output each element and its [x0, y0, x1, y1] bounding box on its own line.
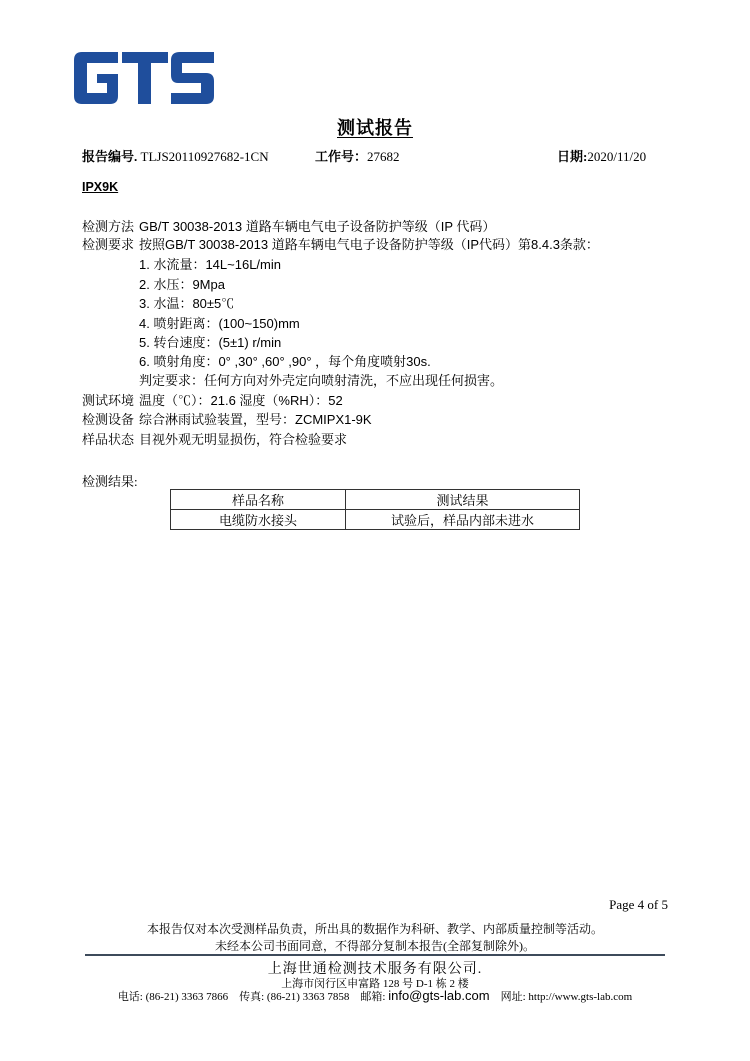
fax: 传真: (86-21) 3363 7858 — [239, 991, 349, 1003]
website-link[interactable]: 网址: http://www.gts-lab.com — [501, 991, 633, 1003]
gts-logo — [74, 52, 214, 104]
test-environment-row: 测试环境温度（℃）：21.6 湿度（%RH）：52 — [82, 392, 343, 410]
column-header-test-result: 测试结果 — [346, 490, 580, 510]
column-header-sample-name: 样品名称 — [171, 490, 346, 510]
page-number: Page 4 of 5 — [609, 897, 668, 913]
report-title: 测试报告 — [0, 114, 750, 140]
phone: 电话: (86-21) 3363 7866 — [118, 991, 228, 1003]
results-table: 样品名称 测试结果 电缆防水接头 试验后，样品内部未进水 — [170, 489, 580, 530]
requirement-item: 4. 喷射距离：(100~150)mm — [139, 315, 300, 333]
table-row: 电缆防水接头 试验后，样品内部未进水 — [171, 510, 580, 530]
email-label: 邮箱: — [360, 991, 385, 1003]
test-result-cell: 试验后，样品内部未进水 — [346, 510, 580, 530]
contact-info: 电话: (86-21) 3363 7866 传真: (86-21) 3363 7… — [0, 988, 750, 1004]
sample-state-row: 样品状态目视外观无明显损伤，符合检验要求 — [82, 431, 347, 449]
email-link[interactable]: info@gts-lab.com — [388, 988, 489, 1003]
report-date: 日期:2020/11/20 — [557, 146, 646, 165]
disclaimer-line-2: 未经本公司书面同意，不得部分复制本报告(全部复制除外)。 — [0, 937, 750, 954]
sample-name-cell: 电缆防水接头 — [171, 510, 346, 530]
job-number: 工作号：27682 — [315, 146, 400, 165]
table-header-row: 样品名称 测试结果 — [171, 490, 580, 510]
test-requirement-row: 检测要求按照GB/T 30038-2013 道路车辆电气电子设备防护等级（IP代… — [82, 236, 599, 254]
requirement-item: 3. 水温：80±5℃ — [139, 295, 234, 313]
report-number: 报告编号. TLJS20110927682-1CN — [82, 146, 269, 165]
requirement-item: 2. 水压：9Mpa — [139, 276, 225, 294]
judgement-requirement: 判定要求：任何方向对外壳定向喷射清洗，不应出现任何损害。 — [139, 372, 503, 390]
results-label: 检测结果: — [82, 471, 138, 490]
gts-logo-icon — [74, 52, 214, 104]
requirement-item: 1. 水流量：14L~16L/min — [139, 256, 281, 274]
test-method-row: 检测方法GB/T 30038-2013 道路车辆电气电子设备防护等级（IP 代码… — [82, 218, 495, 236]
disclaimer-line-1: 本报告仅对本次受测样品负责，所出具的数据作为科研、教学、内部质量控制等活动。 — [0, 920, 750, 937]
requirement-item: 6. 喷射角度：0° ,30° ,60° ,90° ，每个角度喷射30s. — [139, 353, 431, 371]
test-equipment-row: 检测设备综合淋雨试验装置，型号：ZCMIPX1-9K — [82, 411, 372, 429]
footer-divider — [85, 954, 665, 956]
requirement-item: 5. 转台速度：(5±1) r/min — [139, 334, 281, 352]
section-heading: IPX9K — [82, 180, 118, 194]
